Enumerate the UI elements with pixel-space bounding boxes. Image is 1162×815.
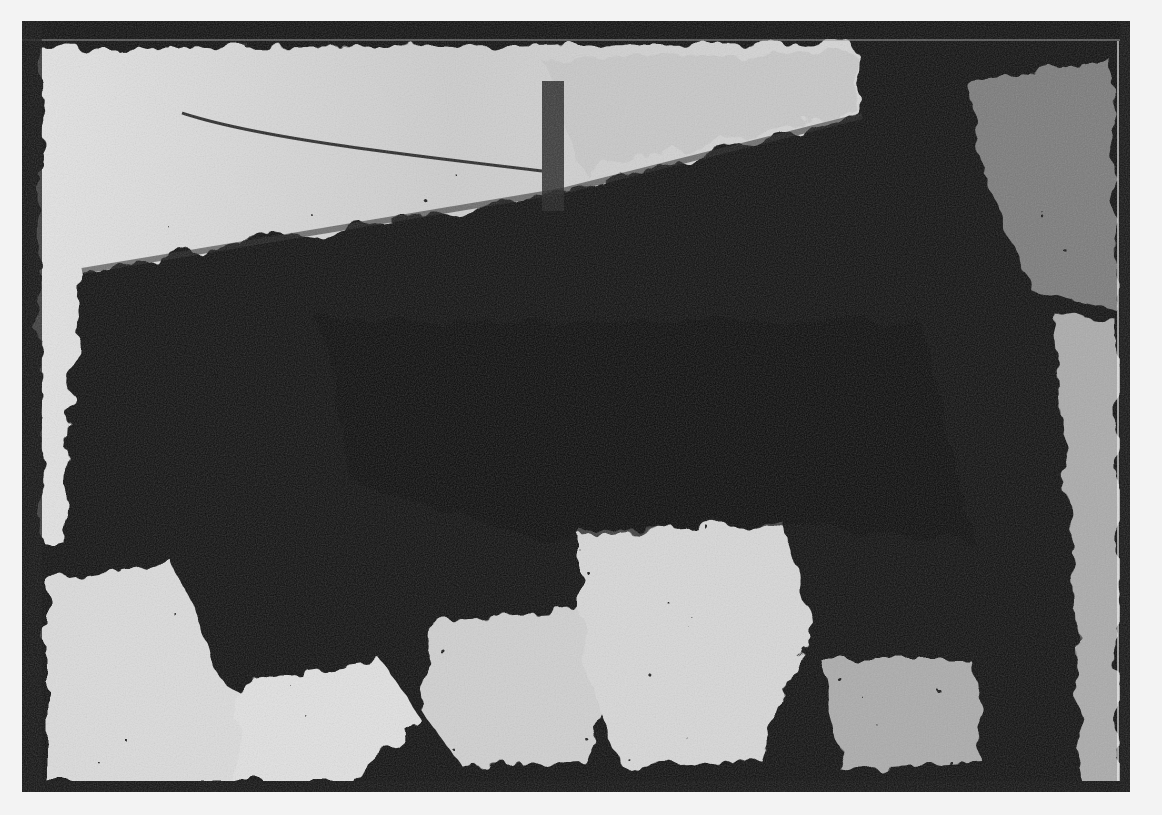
plate-image xyxy=(22,21,1130,792)
photographic-plate xyxy=(22,21,1130,792)
photo-page xyxy=(0,0,1162,815)
